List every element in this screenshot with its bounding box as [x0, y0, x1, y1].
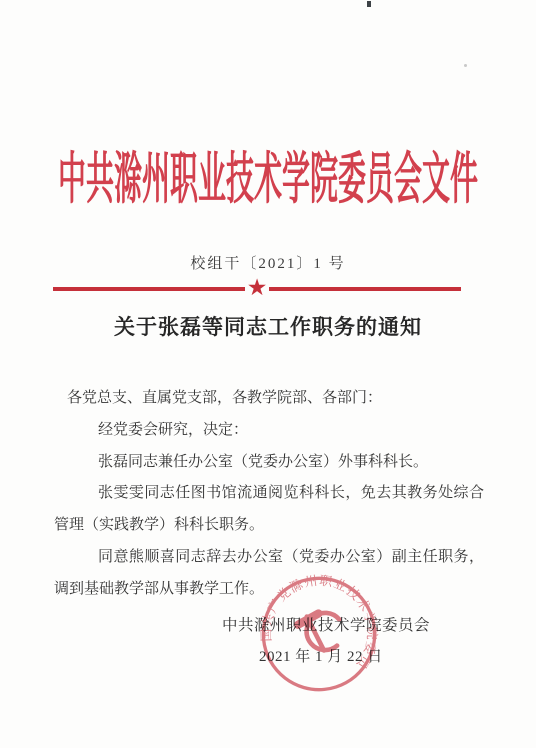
scan-artifact [464, 64, 467, 67]
official-document-page: 中共滁州职业技术学院委员会文件 校组干〔2021〕1 号 ★ 关于张磊等同志工作… [0, 0, 536, 748]
red-masthead: 中共滁州职业技术学院委员会文件 [0, 138, 536, 212]
red-rule-separator: ★ [53, 280, 461, 298]
document-body: 各党总支、直属党支部，各教学院部、各部门： 经党委会研究，决定： 张磊同志兼任办… [54, 383, 484, 606]
masthead-title: 中共滁州职业技术学院委员会文件 [58, 135, 478, 215]
body-paragraph: 同意熊顺喜同志辞去办公室（党委办公室）副主任职务，调到基础教学部从事教学工作。 [54, 542, 484, 606]
body-paragraph: 张雯雯同志任图书馆流通阅览科科长，免去其教务处综合管理（实践教学）科科长职务。 [54, 478, 484, 542]
document-title: 关于张磊等同志工作职务的通知 [0, 311, 536, 341]
rule-line-right [269, 287, 461, 291]
scan-artifact [367, 1, 371, 7]
addressee-line: 各党总支、直属党支部，各教学院部、各部门： [54, 383, 484, 415]
body-paragraph: 张磊同志兼任办公室（党委办公室）外事科科长。 [54, 447, 484, 479]
rule-line-left [53, 287, 245, 291]
document-number: 校组干〔2021〕1 号 [0, 252, 536, 273]
issuing-authority-signature: 中共滁州职业技术学院委员会 [222, 613, 430, 635]
star-icon: ★ [245, 279, 270, 297]
document-date: 2021 年 1 月 22 日 [259, 645, 383, 666]
body-paragraph: 经党委会研究，决定： [54, 415, 484, 447]
